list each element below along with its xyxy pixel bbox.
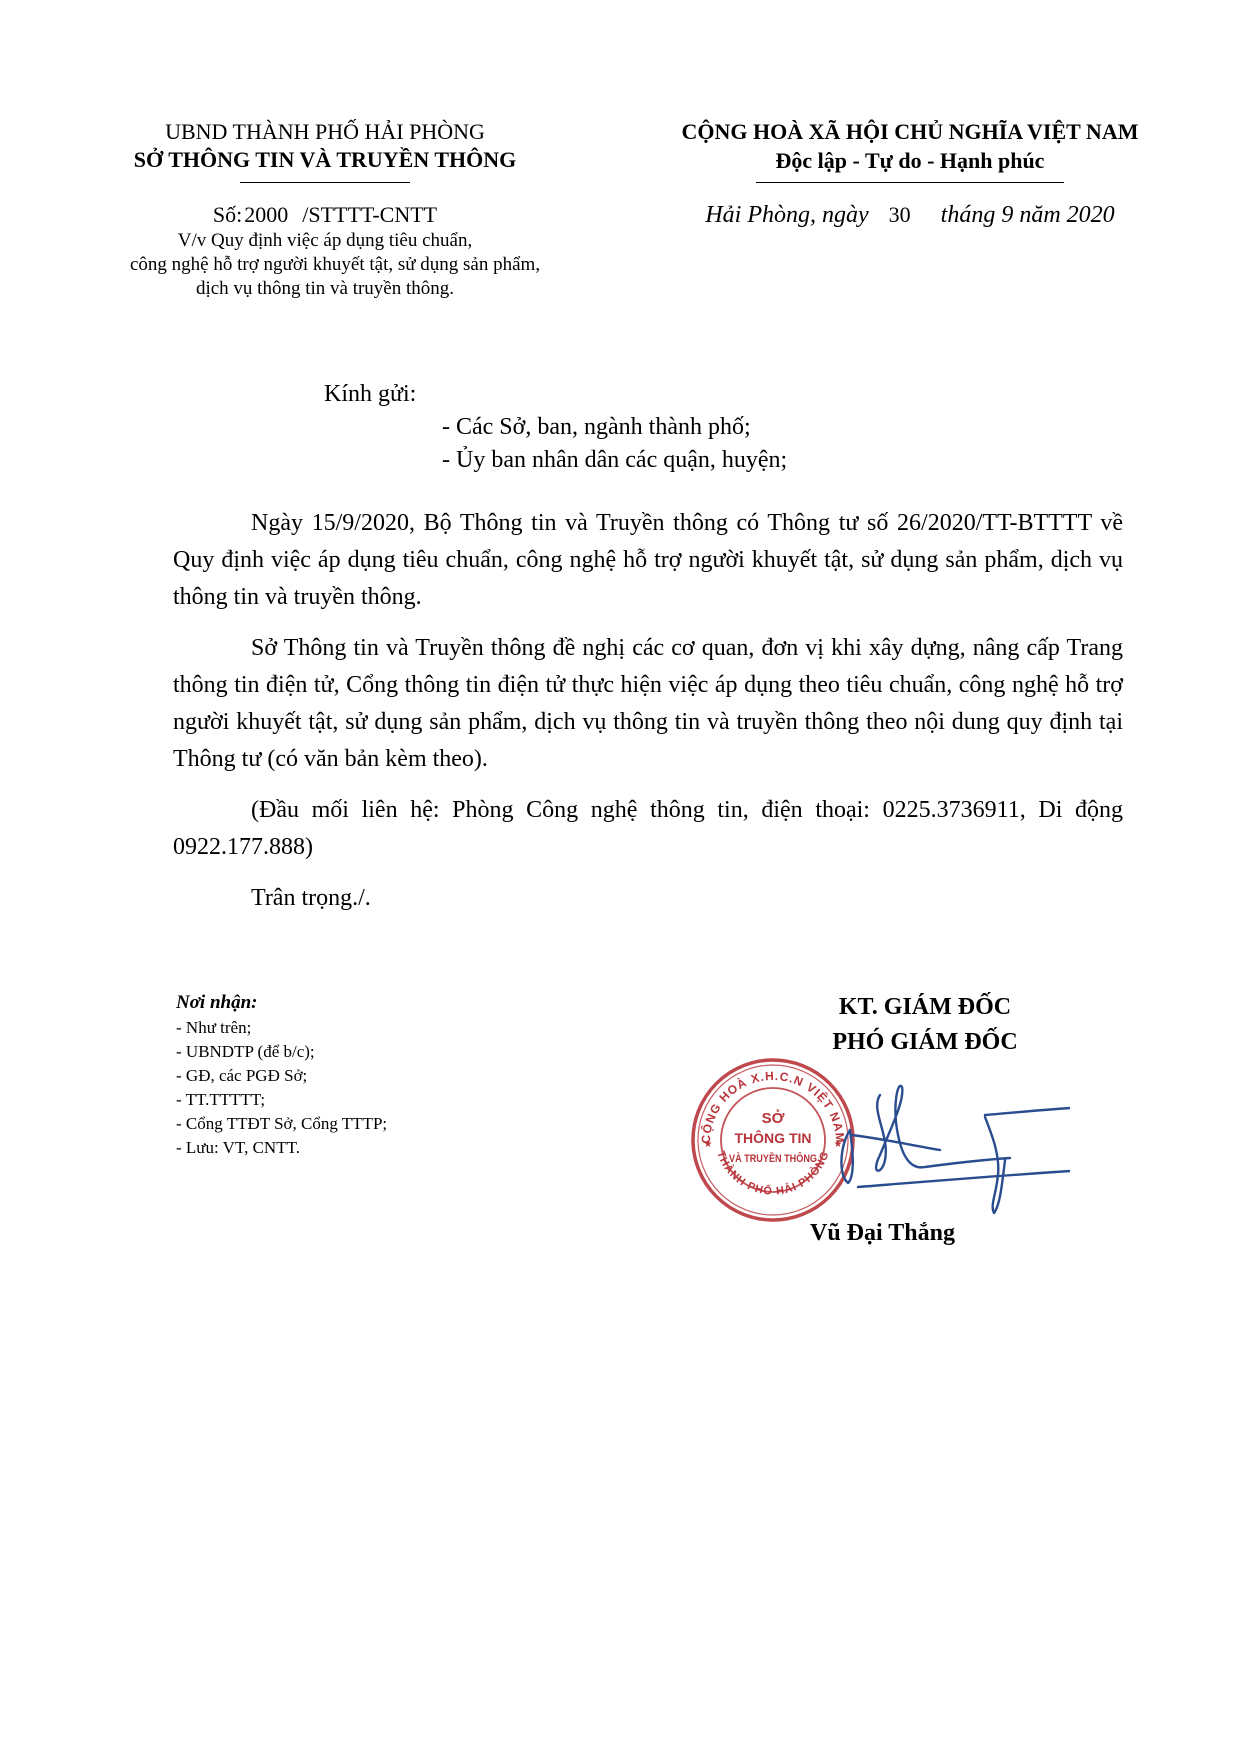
body-paragraph: Sở Thông tin và Truyền thông đề nghị các… [173, 630, 1123, 778]
department-name: SỞ THÔNG TIN VÀ TRUYỀN THÔNG [130, 146, 520, 174]
svg-text:★: ★ [704, 1139, 713, 1150]
handwritten-signature-icon [830, 1075, 1070, 1220]
signature-title-line1: KT. GIÁM ĐỐC [790, 990, 1060, 1025]
svg-text:THÔNG TIN: THÔNG TIN [735, 1129, 812, 1146]
signature-title-block: KT. GIÁM ĐỐC PHÓ GIÁM ĐỐC [790, 990, 1060, 1060]
distribution-item: - GĐ, các PGĐ Sở; [176, 1064, 387, 1088]
header-right-divider [756, 182, 1064, 183]
distribution-item: - Cổng TTĐT Sở, Cổng TTTP; [176, 1112, 387, 1136]
recipient-item: - Các Sở, ban, ngành thành phố; [324, 411, 787, 444]
distribution-list: Nơi nhận: - Như trên; - UBNDTP (để b/c);… [176, 990, 387, 1160]
doc-number-value: 2000 [244, 201, 288, 229]
date-day: 30 [889, 200, 911, 230]
subject-line-2: công nghệ hỗ trợ người khuyết tật, sử dụ… [130, 253, 520, 277]
doc-number-label: Số: [213, 202, 242, 227]
body-paragraph: Ngày 15/9/2020, Bộ Thông tin và Truyền t… [173, 505, 1123, 616]
doc-code: /STTTT-CNTT [302, 202, 437, 227]
nation-name: CỘNG HOÀ XÃ HỘI CHỦ NGHĨA VIỆT NAM [630, 118, 1190, 146]
document-number: Số:2000/STTTT-CNTT [130, 201, 520, 229]
recipients-label: Kính gửi: [324, 378, 787, 411]
svg-text:SỞ: SỞ [762, 1109, 785, 1127]
subject-line-1: V/v Quy định việc áp dụng tiêu chuẩn, [130, 229, 520, 253]
header-left-divider [240, 182, 410, 183]
letter-body: Ngày 15/9/2020, Bộ Thông tin và Truyền t… [173, 505, 1123, 931]
national-motto: Độc lập - Tự do - Hạnh phúc [630, 146, 1190, 176]
distribution-item: - Như trên; [176, 1016, 387, 1040]
body-paragraph: (Đầu mối liên hệ: Phòng Công nghệ thông … [173, 792, 1123, 866]
date-prefix: Hải Phòng, ngày [705, 202, 868, 228]
svg-text:VÀ TRUYỀN THÔNG: VÀ TRUYỀN THÔNG [729, 1152, 817, 1165]
distribution-item: - TT.TTTTT; [176, 1088, 387, 1112]
date-suffix: tháng 9 năm 2020 [941, 202, 1115, 228]
issue-date: Hải Phòng, ngày30tháng 9 năm 2020 [630, 200, 1190, 230]
issuing-authority-block: UBND THÀNH PHỐ HẢI PHÒNG SỞ THÔNG TIN VÀ… [130, 118, 520, 301]
subject-line-3: dịch vụ thông tin và truyền thông. [130, 277, 520, 301]
recipient-item: - Ủy ban nhân dân các quận, huyện; [324, 444, 787, 477]
signer-name: Vũ Đại Thắng [810, 1218, 955, 1248]
national-header-block: CỘNG HOÀ XÃ HỘI CHỦ NGHĨA VIỆT NAM Độc l… [630, 118, 1190, 230]
distribution-title: Nơi nhận: [176, 990, 387, 1016]
recipients-block: Kính gửi: - Các Sở, ban, ngành thành phố… [324, 378, 787, 477]
authority-name: UBND THÀNH PHỐ HẢI PHÒNG [130, 118, 520, 146]
closing-salutation: Trân trọng./. [173, 880, 1123, 917]
distribution-item: - Lưu: VT, CNTT. [176, 1136, 387, 1160]
distribution-item: - UBNDTP (để b/c); [176, 1040, 387, 1064]
